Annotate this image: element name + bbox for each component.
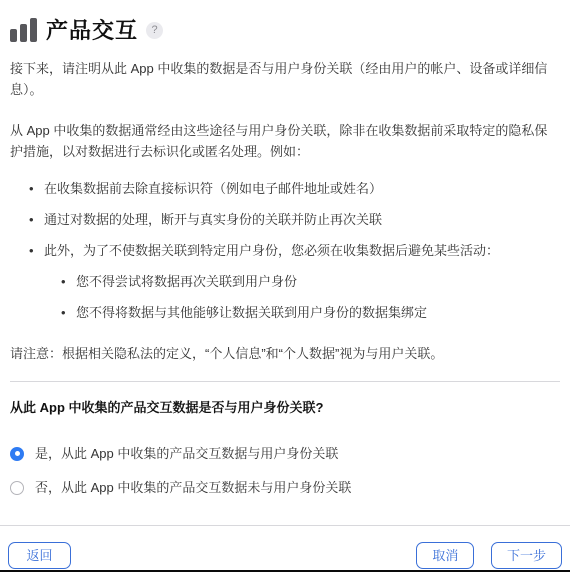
- question-text: 从此 App 中收集的产品交互数据是否与用户身份关联?: [10, 397, 560, 418]
- page-header: 产品交互 ?: [10, 14, 560, 45]
- footer-bar: 返回 取消 下一步: [0, 525, 570, 572]
- radio-option-yes[interactable]: 是，从此 App 中收集的产品交互数据与用户身份关联: [10, 445, 560, 462]
- cancel-button[interactable]: 取消: [416, 542, 474, 569]
- bar-chart-icon: [10, 18, 37, 42]
- footer-right-group: 取消 下一步: [416, 542, 562, 569]
- radio-unselected-icon[interactable]: [10, 481, 24, 495]
- list-item-text: 此外，为了不使数据关联到特定用户身份，您必须在收集数据后避免某些活动：: [44, 243, 499, 258]
- intro-paragraph: 接下来，请注明从此 App 中收集的数据是否与用户身份关联（经由用户的帐户、设备…: [10, 58, 560, 100]
- list-item: 您不得将数据与其他能够让数据关联到用户身份的数据集绑定: [44, 302, 560, 323]
- list-item: 此外，为了不使数据关联到特定用户身份，您必须在收集数据后避免某些活动： 您不得尝…: [10, 240, 560, 323]
- list-item: 您不得尝试将数据再次关联到用户身份: [44, 271, 560, 292]
- list-item: 在收集数据前去除直接标识符（例如电子邮件地址或姓名）: [10, 178, 560, 199]
- linked-identity-radio-group: 是，从此 App 中收集的产品交互数据与用户身份关联 否，从此 App 中收集的…: [10, 445, 560, 496]
- list-item: 通过对数据的处理，断开与真实身份的关联并防止再次关联: [10, 209, 560, 230]
- avoid-activities-sublist: 您不得尝试将数据再次关联到用户身份 您不得将数据与其他能够让数据关联到用户身份的…: [44, 271, 560, 323]
- next-button[interactable]: 下一步: [491, 542, 562, 569]
- privacy-measures-list: 在收集数据前去除直接标识符（例如电子邮件地址或姓名） 通过对数据的处理，断开与真…: [10, 178, 560, 323]
- privacy-questionnaire-panel: 产品交互 ? 接下来，请注明从此 App 中收集的数据是否与用户身份关联（经由用…: [0, 14, 570, 496]
- radio-option-label: 否，从此 App 中收集的产品交互数据未与用户身份关联: [35, 479, 351, 496]
- radio-option-label: 是，从此 App 中收集的产品交互数据与用户身份关联: [35, 445, 338, 462]
- explanation-paragraph: 从 App 中收集的数据通常经由这些途径与用户身份关联，除非在收集数据前采取特定…: [10, 120, 560, 162]
- page-title: 产品交互: [46, 14, 138, 45]
- radio-option-no[interactable]: 否，从此 App 中收集的产品交互数据未与用户身份关联: [10, 479, 560, 496]
- help-icon[interactable]: ?: [146, 22, 163, 39]
- back-button[interactable]: 返回: [8, 542, 71, 569]
- note-paragraph: 请注意：根据相关隐私法的定义，“个人信息”和“个人数据”视为与用户关联。: [10, 343, 560, 364]
- radio-selected-icon[interactable]: [10, 447, 24, 461]
- section-divider: [10, 381, 560, 382]
